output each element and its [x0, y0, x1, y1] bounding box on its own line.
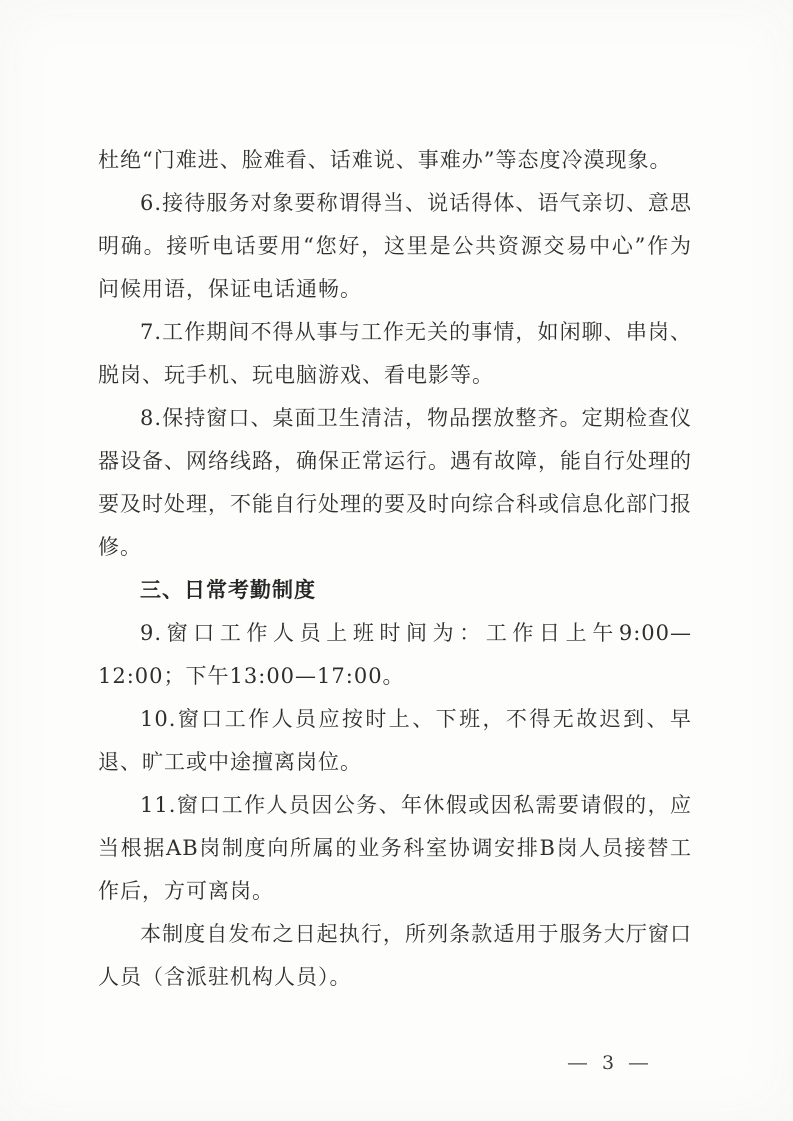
- paragraph-item-10: 10.窗口工作人员应按时上、下班，不得无故迟到、早退、旷工或中途擅离岗位。: [98, 698, 692, 784]
- footer-left-dash: —: [567, 1049, 588, 1077]
- paragraph-closing: 本制度自发布之日起执行，所列条款适用于服务大厅窗口人员（含派驻机构人员）。: [98, 913, 692, 999]
- document-body: 杜绝“门难进、脸难看、话难说、事难办”等态度冷漠现象。 6.接待服务对象要称谓得…: [98, 139, 692, 999]
- paragraph-item-11: 11.窗口工作人员因公务、年休假或因私需要请假的，应当根据AB岗制度向所属的业务…: [98, 784, 692, 913]
- paragraph-continuation: 杜绝“门难进、脸难看、话难说、事难办”等态度冷漠现象。: [98, 139, 692, 182]
- footer-right-dash: —: [628, 1049, 649, 1077]
- paragraph-item-6: 6.接待服务对象要称谓得当、说话得体、语气亲切、意思明确。接听电话要用“您好，这…: [98, 182, 692, 311]
- page-number: 3: [602, 1049, 614, 1077]
- paragraph-item-8: 8.保持窗口、桌面卫生清洁，物品摆放整齐。定期检查仪器设备、网络线路，确保正常运…: [98, 397, 692, 569]
- scanned-document-page: 杜绝“门难进、脸难看、话难说、事难办”等态度冷漠现象。 6.接待服务对象要称谓得…: [0, 0, 793, 1121]
- paragraph-item-9: 9.窗口工作人员上班时间为：工作日上午9:00—12:00；下午13:00—17…: [98, 612, 692, 698]
- page-number-footer: — 3 —: [568, 1049, 648, 1077]
- section-heading-daily-attendance: 三、日常考勤制度: [98, 569, 692, 612]
- paragraph-item-7: 7.工作期间不得从事与工作无关的事情，如闲聊、串岗、脱岗、玩手机、玩电脑游戏、看…: [98, 311, 692, 397]
